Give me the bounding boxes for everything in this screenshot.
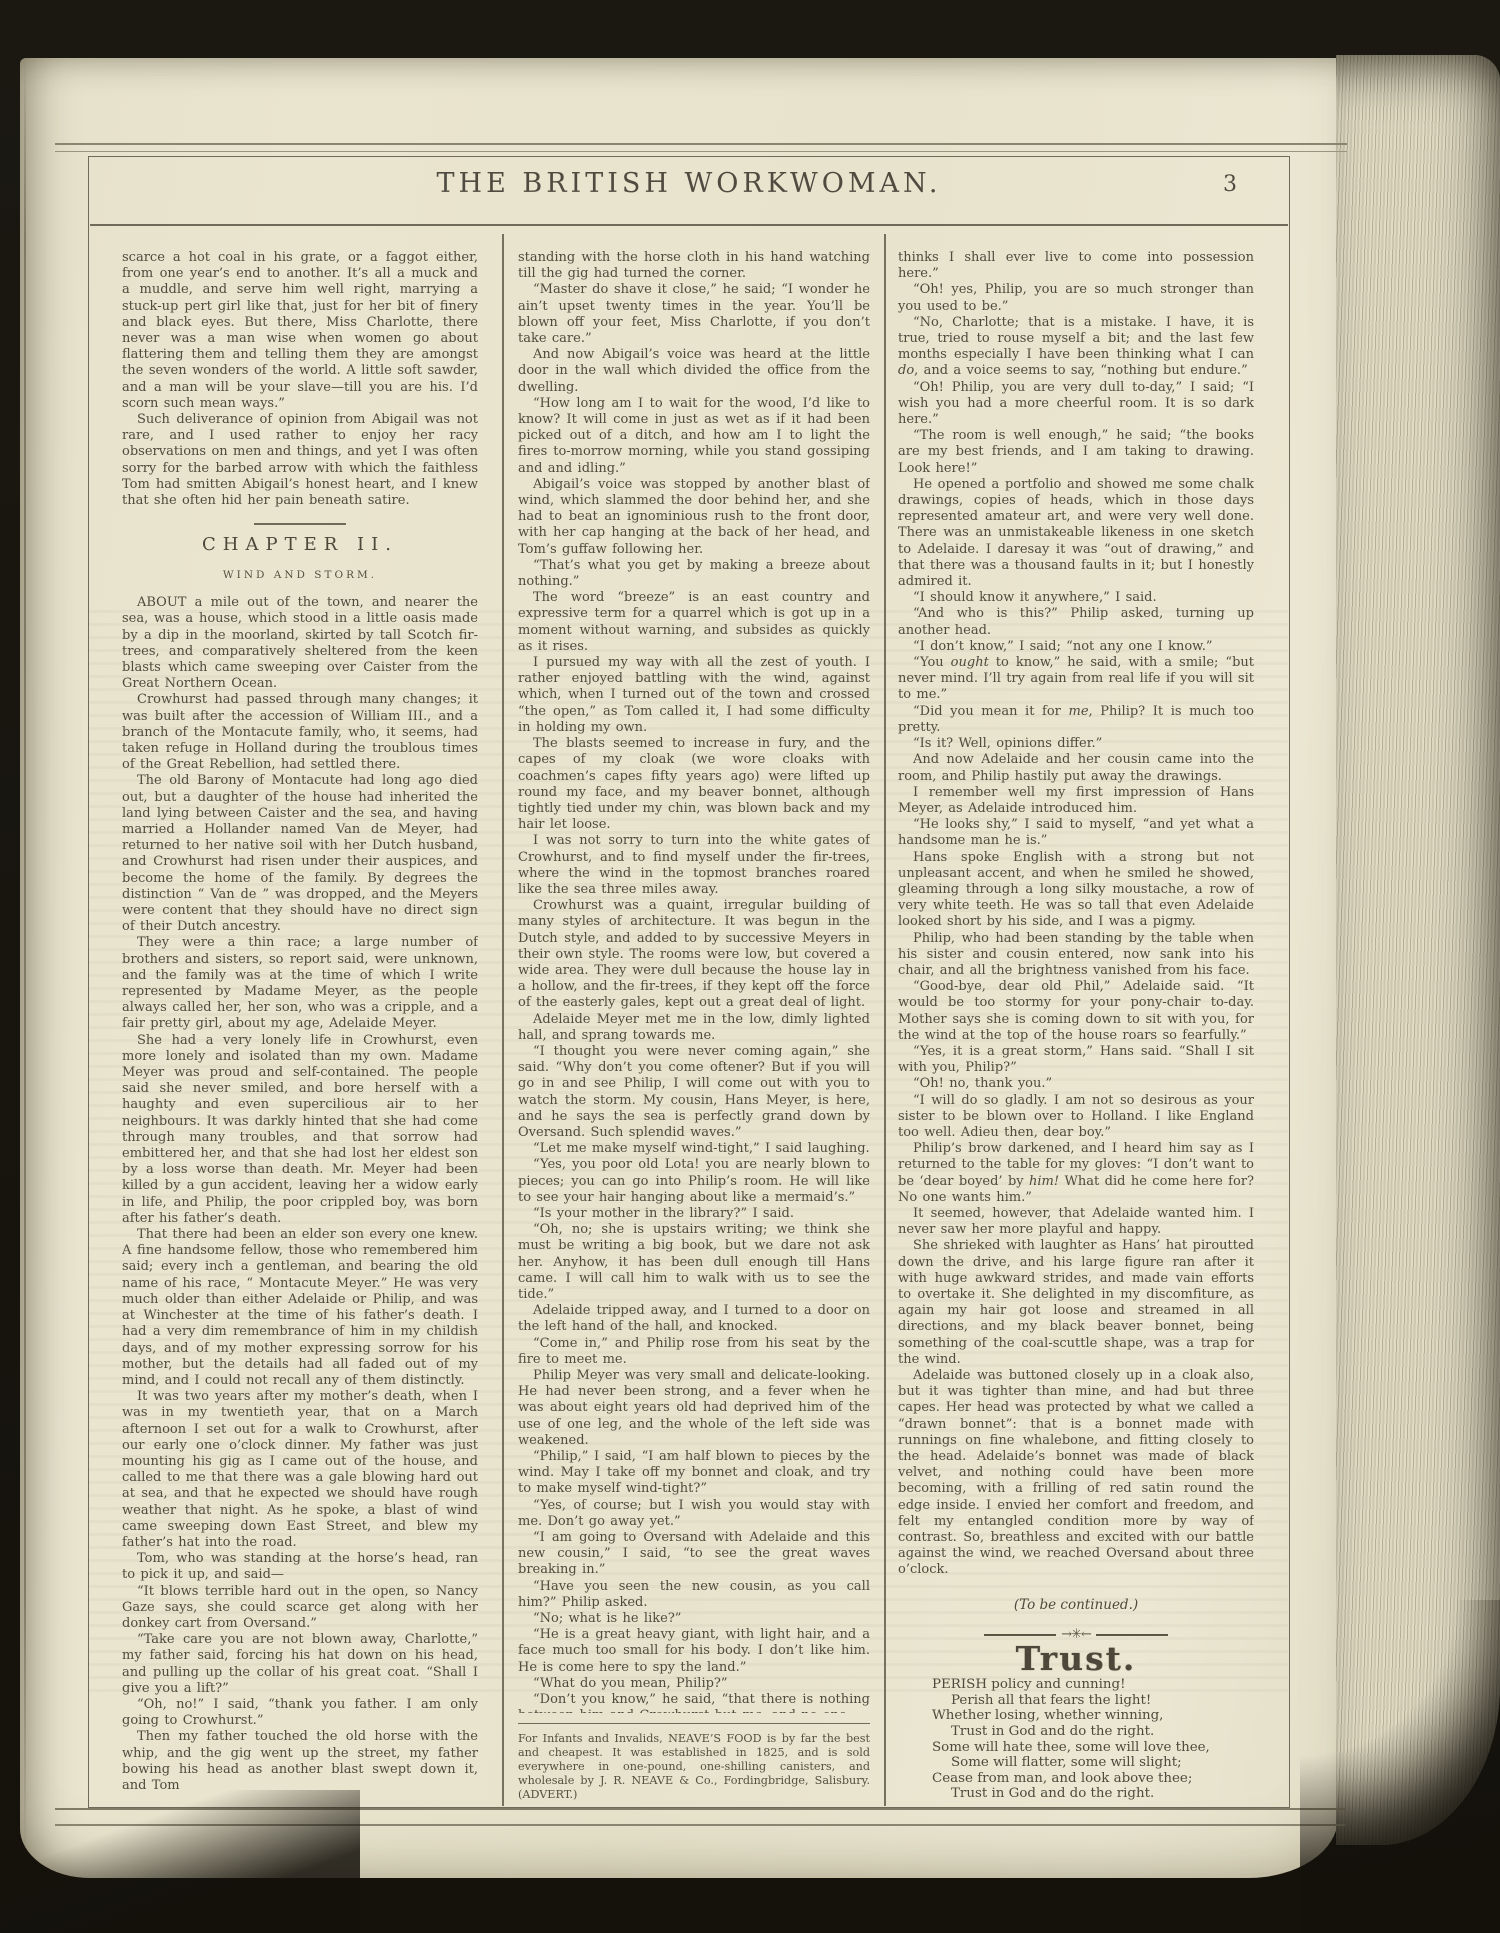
column-footer: For Infants and Invalids, NEAVE’S FOOD i… [518,1713,870,1802]
story-paragraph: Abigail’s voice was stopped by another b… [518,477,870,558]
story-paragraph: “It blows terrible hard out in the open,… [122,1584,478,1633]
page-number: 3 [1200,172,1260,197]
story-paragraph: And now Abigail’s voice was heard at the… [518,347,870,396]
page-title: THE BRITISH WORKWOMAN. [90,168,1288,199]
story-paragraph: “How long am I to wait for the wood, I’d… [518,396,870,477]
ornament-line [984,1634,1056,1636]
column-text: thinks I shall ever live to come into po… [898,250,1254,1589]
story-paragraph: Philip’s brow darkened, and I heard him … [898,1141,1254,1206]
story-paragraph: “You ought to know,” he said, with a smi… [898,655,1254,704]
poem-line: Some will flatter, some will slight; [932,1755,1254,1771]
story-paragraph: Hans spoke English with a strong but not… [898,850,1254,931]
story-paragraph: I remember well my first impression of H… [898,785,1254,817]
story-paragraph: “Oh! no, thank you.” [898,1076,1254,1092]
chapter-heading: CHAPTER II. [122,537,478,553]
story-paragraph: “What do you mean, Philip?” [518,1676,870,1692]
to-be-continued-note: (To be continued.) [898,1597,1254,1613]
story-paragraph: Crowhurst was a quaint, irregular buildi… [518,898,870,1011]
story-paragraph: “Have you seen the new cousin, as you ca… [518,1579,870,1611]
story-paragraph: “Oh! yes, Philip, you are so much strong… [898,282,1254,314]
bottom-left-shadow [0,1790,360,1933]
story-paragraph: “Take care you are not blown away, Charl… [122,1632,478,1697]
column-text: scarce a hot coal in his grate, or a fag… [122,250,478,1802]
story-paragraph: “Come in,” and Philip rose from his seat… [518,1336,870,1368]
chapter-subtitle: WIND AND STORM. [122,567,478,583]
story-paragraph: “Yes, you poor old Lota! you are nearly … [518,1157,870,1206]
poem-line: Perish all that fears the light! [932,1693,1254,1709]
section-rule [254,523,346,525]
advertisement: For Infants and Invalids, NEAVE’S FOOD i… [518,1723,870,1802]
story-paragraph: Adelaide was buttoned closely up in a cl… [898,1368,1254,1579]
story-paragraph: “That’s what you get by making a breeze … [518,558,870,590]
story-paragraph: It seemed, however, that Adelaide wanted… [898,1206,1254,1238]
story-paragraph: She had a very lonely life in Crowhurst,… [122,1033,478,1227]
story-paragraph: Philip Meyer was very small and delicate… [518,1368,870,1449]
story-paragraph: Such deliverance of opinion from Abigail… [122,412,478,509]
poem-line: PERISH policy and cunning! [932,1677,1254,1693]
story-paragraph: Crowhurst had passed through many change… [122,692,478,773]
story-paragraph: “Is it? Well, opinions differ.” [898,736,1254,752]
story-paragraph: Adelaide Meyer met me in the low, dimly … [518,1012,870,1044]
poem: PERISH policy and cunning!Perish all tha… [932,1677,1254,1802]
story-paragraph: “I thought you were never coming again,”… [518,1044,870,1141]
story-paragraph: The blasts seemed to increase in fury, a… [518,736,870,833]
story-paragraph: “Good-bye, dear old Phil,” Adelaide said… [898,979,1254,1044]
story-paragraph: “Don’t you know,” he said, “that there i… [518,1692,870,1713]
story-paragraph: That there had been an elder son every o… [122,1227,478,1389]
column-divider-1 [502,234,504,1806]
story-paragraph: The word “breeze” is an east country and… [518,590,870,655]
story-paragraph: scarce a hot coal in his grate, or a fag… [122,250,478,412]
page-stack-fore-edge [1336,55,1500,1845]
story-paragraph: “Oh! Philip, you are very dull to-day,” … [898,380,1254,429]
story-paragraph: “Yes, it is a great storm,” Hans said. “… [898,1044,1254,1076]
story-paragraph: “Is your mother in the library?” I said. [518,1206,870,1222]
story-paragraph: He opened a portfolio and showed me some… [898,477,1254,590]
story-paragraph: “Oh, no!” I said, “thank you father. I a… [122,1697,478,1729]
story-paragraph: She shrieked with laughter as Hans’ hat … [898,1238,1254,1368]
story-paragraph: “He is a great heavy giant, with light h… [518,1627,870,1676]
story-paragraph: “No; what is he like?” [518,1611,870,1627]
poem-line: Some will hate thee, some will love thee… [932,1740,1254,1756]
story-column-1: scarce a hot coal in his grate, or a fag… [122,250,478,1802]
story-paragraph: “And who is this?” Philip asked, turning… [898,606,1254,638]
story-paragraph: “I should know it anywhere,” I said. [898,590,1254,606]
story-paragraph: standing with the horse cloth in his han… [518,250,870,282]
story-paragraph: “Philip,” I said, “I am half blown to pi… [518,1449,870,1498]
header-rule [90,224,1288,226]
column-divider-2 [884,234,886,1806]
story-paragraph: Tom, who was standing at the horse’s hea… [122,1551,478,1583]
story-paragraph: “No, Charlotte; that is a mistake. I hav… [898,315,1254,380]
scanned-book-page: THE BRITISH WORKWOMAN. 3 scarce a hot co… [0,0,1500,1933]
poem-title: Trust. [898,1651,1254,1667]
story-paragraph: “Yes, of course; but I wish you would st… [518,1498,870,1530]
story-column-3: thinks I shall ever live to come into po… [898,250,1254,1802]
book-gutter-shadow [24,60,26,1860]
ornament-line [1096,1634,1168,1636]
column-text: standing with the horse cloth in his han… [518,250,870,1713]
story-paragraph: “I am going to Oversand with Adelaide an… [518,1530,870,1579]
bottom-right-shadow [1300,1600,1500,1933]
poem-line: Whether losing, whether winning, [932,1708,1254,1724]
story-paragraph: “Let me make myself wind-tight,” I said … [518,1141,870,1157]
story-paragraph: The old Barony of Montacute had long ago… [122,773,478,935]
column-footer: (To be continued.)→✳←Trust.PERISH policy… [898,1589,1254,1802]
story-paragraph: “I will do so gladly. I am not so desiro… [898,1093,1254,1142]
story-paragraph: I pursued my way with all the zest of yo… [518,655,870,736]
poem-line: Cease from man, and look above thee; [932,1771,1254,1787]
story-paragraph: It was two years after my mother’s death… [122,1389,478,1551]
story-paragraph: “I don’t know,” I said; “not any one I k… [898,639,1254,655]
story-paragraph: “Oh, no; she is upstairs writing; we thi… [518,1222,870,1303]
poem-line: Trust in God and do the right. [932,1786,1254,1802]
top-border-rule [55,143,1347,152]
story-paragraph: I was not sorry to turn into the white g… [518,833,870,898]
story-column-2: standing with the horse cloth in his han… [518,250,870,1802]
story-paragraph: “The room is well enough,” he said; “the… [898,428,1254,477]
story-paragraph: Philip, who had been standing by the tab… [898,931,1254,980]
story-paragraph: And now Adelaide and her cousin came int… [898,752,1254,784]
story-paragraph: “Did you mean it for me, Philip? It is m… [898,704,1254,736]
story-paragraph: “He looks shy,” I said to myself, “and y… [898,817,1254,849]
story-paragraph: Then my father touched the old horse wit… [122,1729,478,1794]
story-paragraph: They were a thin race; a large number of… [122,935,478,1032]
story-paragraph: thinks I shall ever live to come into po… [898,250,1254,282]
story-paragraph: “Master do shave it close,” he said; “I … [518,282,870,347]
story-paragraph: Adelaide tripped away, and I turned to a… [518,1303,870,1335]
poem-line: Trust in God and do the right. [932,1724,1254,1740]
story-paragraph: ABOUT a mile out of the town, and nearer… [122,595,478,692]
